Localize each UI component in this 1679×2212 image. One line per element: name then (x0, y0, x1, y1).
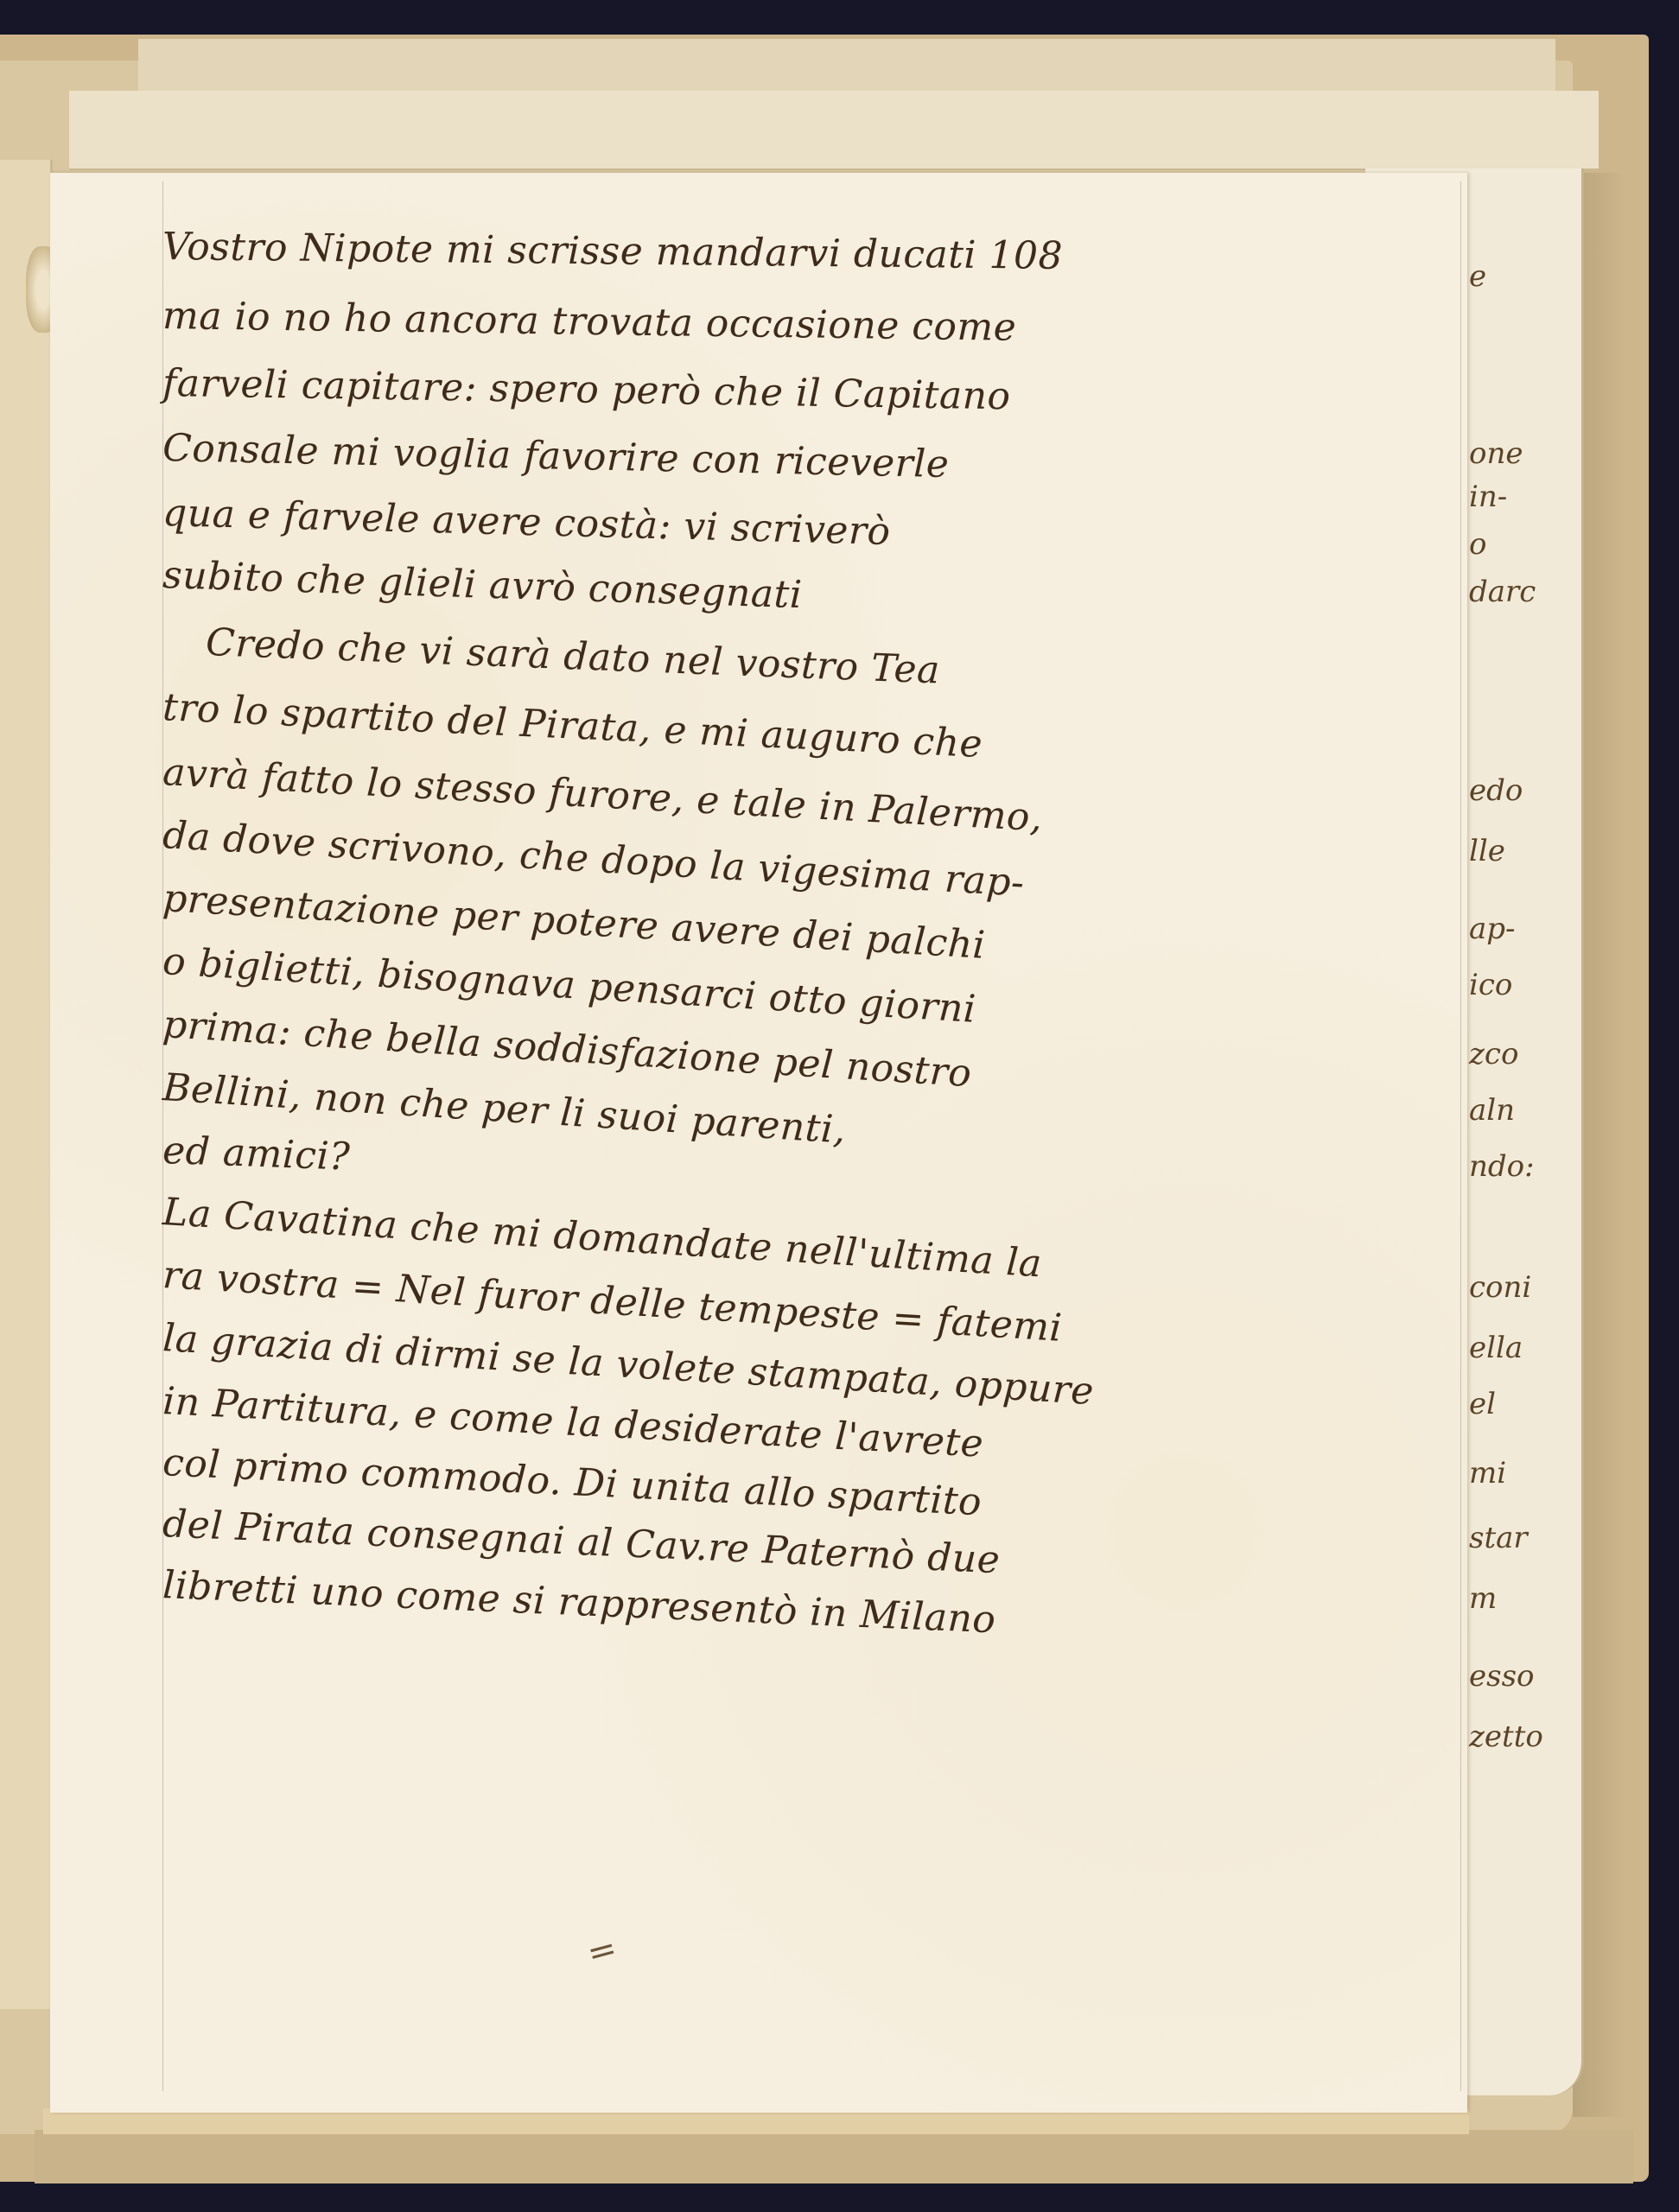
underlying-fragment: edo (1469, 773, 1523, 808)
underlying-fragment: ico (1469, 968, 1512, 1002)
underlying-fragment: e (1469, 259, 1486, 294)
underlying-fragment: aln (1469, 1093, 1515, 1128)
bottom-cover-edge (35, 2130, 1633, 2183)
underlying-fragment: one (1469, 436, 1523, 471)
underlying-fragment: ndo: (1469, 1149, 1535, 1184)
stacked-sheet-second (69, 91, 1599, 170)
underlying-fragment: ap- (1469, 912, 1516, 946)
underlying-fragment: o (1469, 527, 1486, 562)
underlying-fragment: m (1469, 1581, 1497, 1616)
underlying-fragment: star (1469, 1521, 1528, 1555)
underlying-fragment: el (1469, 1387, 1496, 1421)
underlying-fragment: mi (1469, 1456, 1506, 1491)
underlying-fragment: ella (1469, 1331, 1523, 1365)
underlying-fragment: coni (1469, 1270, 1531, 1305)
underlying-fragment: esso (1469, 1659, 1535, 1694)
letter-page: Vostro Nipote mi scrisse mandarvi ducati… (50, 173, 1467, 2113)
underlying-fragment: zetto (1469, 1719, 1543, 1754)
letter-line: Vostro Nipote mi scrisse mandarvi ducati… (162, 225, 1434, 294)
underlying-fragment: lle (1469, 834, 1505, 868)
ruled-margin-right (1460, 181, 1461, 2091)
left-binding-strip (0, 160, 53, 2009)
letter-body: Vostro Nipote mi scrisse mandarvi ducati… (162, 225, 1433, 1460)
underlying-fragment: in- (1469, 480, 1507, 514)
letter-line: ma io no ho ancora trovata occasione com… (162, 294, 1434, 368)
underlying-fragment: zco (1469, 1037, 1518, 1071)
underlying-fragment: darc (1469, 575, 1536, 609)
letter-line: farveli capitare: spero però che il Capi… (162, 361, 1433, 437)
